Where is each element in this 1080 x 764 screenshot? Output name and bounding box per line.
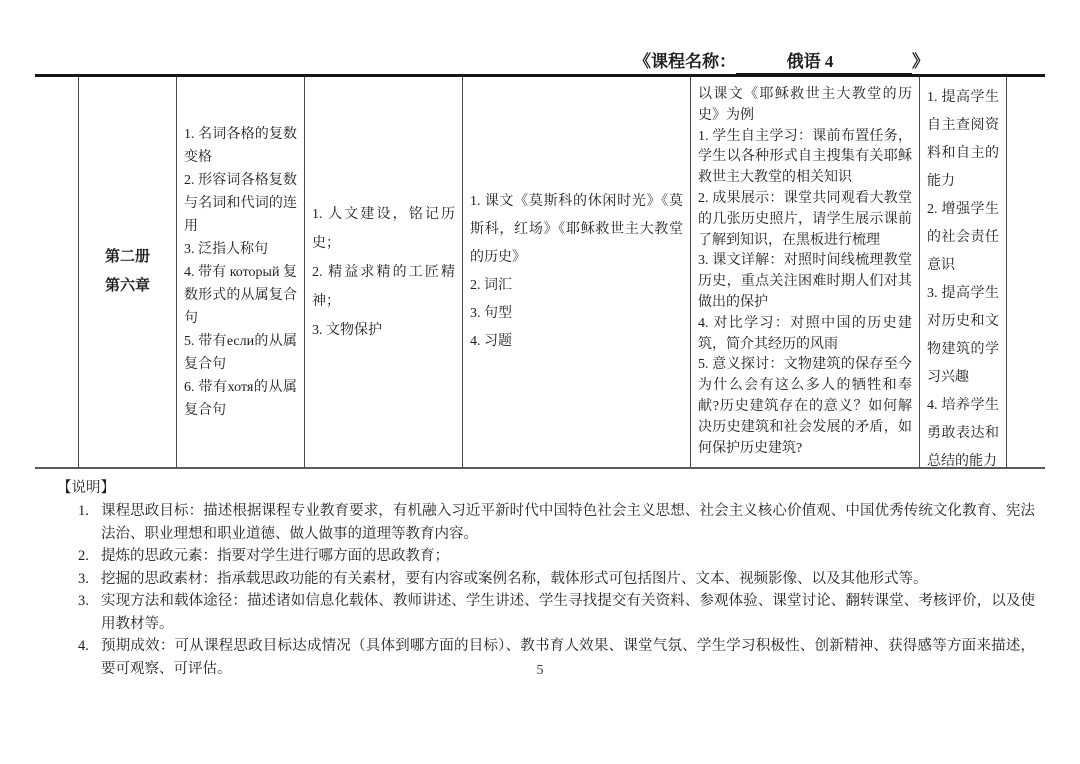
table-bottom-rule	[35, 467, 1045, 469]
grammar-point: 3. 泛指人称句	[184, 238, 297, 261]
outcome-item: 3. 提高学生对历史和文物建筑的学习兴趣	[927, 280, 999, 392]
notes-section: 【说明】 1. 课程思政目标：描述根据课程专业教育要求，有机融入习近平新时代中国…	[57, 477, 1035, 680]
syllabus-table: 第二册 第六章 1. 名词各格的复数变格 2. 形容词各格复数与名词和代词的连用…	[78, 77, 1007, 467]
grammar-point: 1. 名词各格的复数变格	[184, 123, 297, 169]
note-number: 1.	[78, 500, 101, 545]
outcome-item: 2. 增强学生的社会责任意识	[927, 196, 999, 280]
note-item: 3. 挖掘的思政素材：指承载思政功能的有关素材，要有内容或案例名称，载体形式可包…	[78, 568, 1035, 591]
ideology-element: 3. 文物保护	[312, 316, 455, 345]
chapter-number: 第六章	[105, 272, 150, 301]
notes-title: 【说明】	[57, 477, 1035, 500]
outcome-item: 1. 提高学生自主查阅资料和自主的能力	[927, 84, 999, 196]
chapter-volume: 第二册	[105, 243, 150, 272]
method-step: 4. 对比学习：对照中国的历史建筑，简介其经历的风雨	[698, 314, 912, 356]
method-step: 2. 成果展示：课堂共同观看大教堂的几张历史照片，请学生展示课前了解到知识，在黑…	[698, 189, 912, 251]
note-item: 2. 提炼的思政元素：指要对学生进行哪方面的思政教育；	[78, 545, 1035, 568]
course-title-prefix: 《课程名称：	[634, 52, 736, 71]
grammar-point: 6. 带有хотя的从属复合句	[184, 376, 297, 422]
note-text: 挖掘的思政素材：指承载思政功能的有关素材，要有内容或案例名称，载体形式可包括图片…	[101, 568, 1035, 591]
grammar-point: 2. 形容词各格复数与名词和代词的连用	[184, 169, 297, 238]
grammar-points-cell: 1. 名词各格的复数变格 2. 形容词各格复数与名词和代词的连用 3. 泛指人称…	[177, 77, 305, 467]
method-step: 1. 学生自主学习：课前布置任务，学生以各种形式自主搜集有关耶稣救世主大教堂的相…	[698, 127, 912, 189]
note-number: 3.	[78, 568, 101, 591]
grammar-point: 4. 带有 который 复数形式的从属复合句	[184, 261, 297, 330]
chapter-cell: 第二册 第六章	[78, 77, 177, 467]
methods-cell: 以课文《耶稣救世主大教堂的历史》为例 1. 学生自主学习：课前布置任务，学生以各…	[691, 77, 920, 467]
grammar-point: 5. 带有если的从属复合句	[184, 330, 297, 376]
outcomes-cell: 1. 提高学生自主查阅资料和自主的能力 2. 增强学生的社会责任意识 3. 提高…	[920, 77, 1007, 467]
ideology-element: 1. 人文建设，铭记历史；	[312, 200, 455, 258]
note-item: 3. 实现方法和载体途径：描述诸如信息化载体、教师讲述、学生讲述、学生寻找提交有…	[78, 590, 1035, 635]
course-title-suffix: 》	[912, 52, 929, 71]
method-step: 3. 课文详解：对照时间线梳理教堂历史，重点关注困难时期人们对其做出的保护	[698, 251, 912, 313]
material-item: 1. 课文《莫斯科的休闲时光》《莫斯科，红场》《耶稣救世主大教堂的历史》	[470, 188, 683, 272]
ideology-elements-cell: 1. 人文建设，铭记历史； 2. 精益求精的工匠精神； 3. 文物保护	[305, 77, 463, 467]
methods-intro: 以课文《耶稣救世主大教堂的历史》为例	[698, 85, 912, 127]
note-text: 提炼的思政元素：指要对学生进行哪方面的思政教育；	[101, 545, 1035, 568]
ideology-element: 2. 精益求精的工匠精神；	[312, 258, 455, 316]
note-number: 3.	[78, 590, 101, 635]
material-item: 2. 词汇	[470, 272, 683, 300]
note-number: 2.	[78, 545, 101, 568]
course-title-header: 《课程名称：俄语 4》	[634, 47, 929, 75]
method-step: 5. 意义探讨：文物建筑的保存至今为什么会有这么多人的牺牲和奉献?历史建筑存在的…	[698, 355, 912, 459]
outcome-item: 4. 培养学生勇敢表达和总结的能力	[927, 392, 999, 467]
page-number: 5	[0, 663, 1080, 679]
materials-cell: 1. 课文《莫斯科的休闲时光》《莫斯科，红场》《耶稣救世主大教堂的历史》 2. …	[463, 77, 691, 467]
note-item: 1. 课程思政目标：描述根据课程专业教育要求，有机融入习近平新时代中国特色社会主…	[78, 500, 1035, 545]
material-item: 4. 习题	[470, 328, 683, 356]
material-item: 3. 句型	[470, 300, 683, 328]
note-text: 实现方法和载体途径：描述诸如信息化载体、教师讲述、学生讲述、学生寻找提交有关资料…	[101, 590, 1035, 635]
course-name-value: 俄语 4	[736, 47, 912, 75]
note-text: 课程思政目标：描述根据课程专业教育要求，有机融入习近平新时代中国特色社会主义思想…	[101, 500, 1035, 545]
